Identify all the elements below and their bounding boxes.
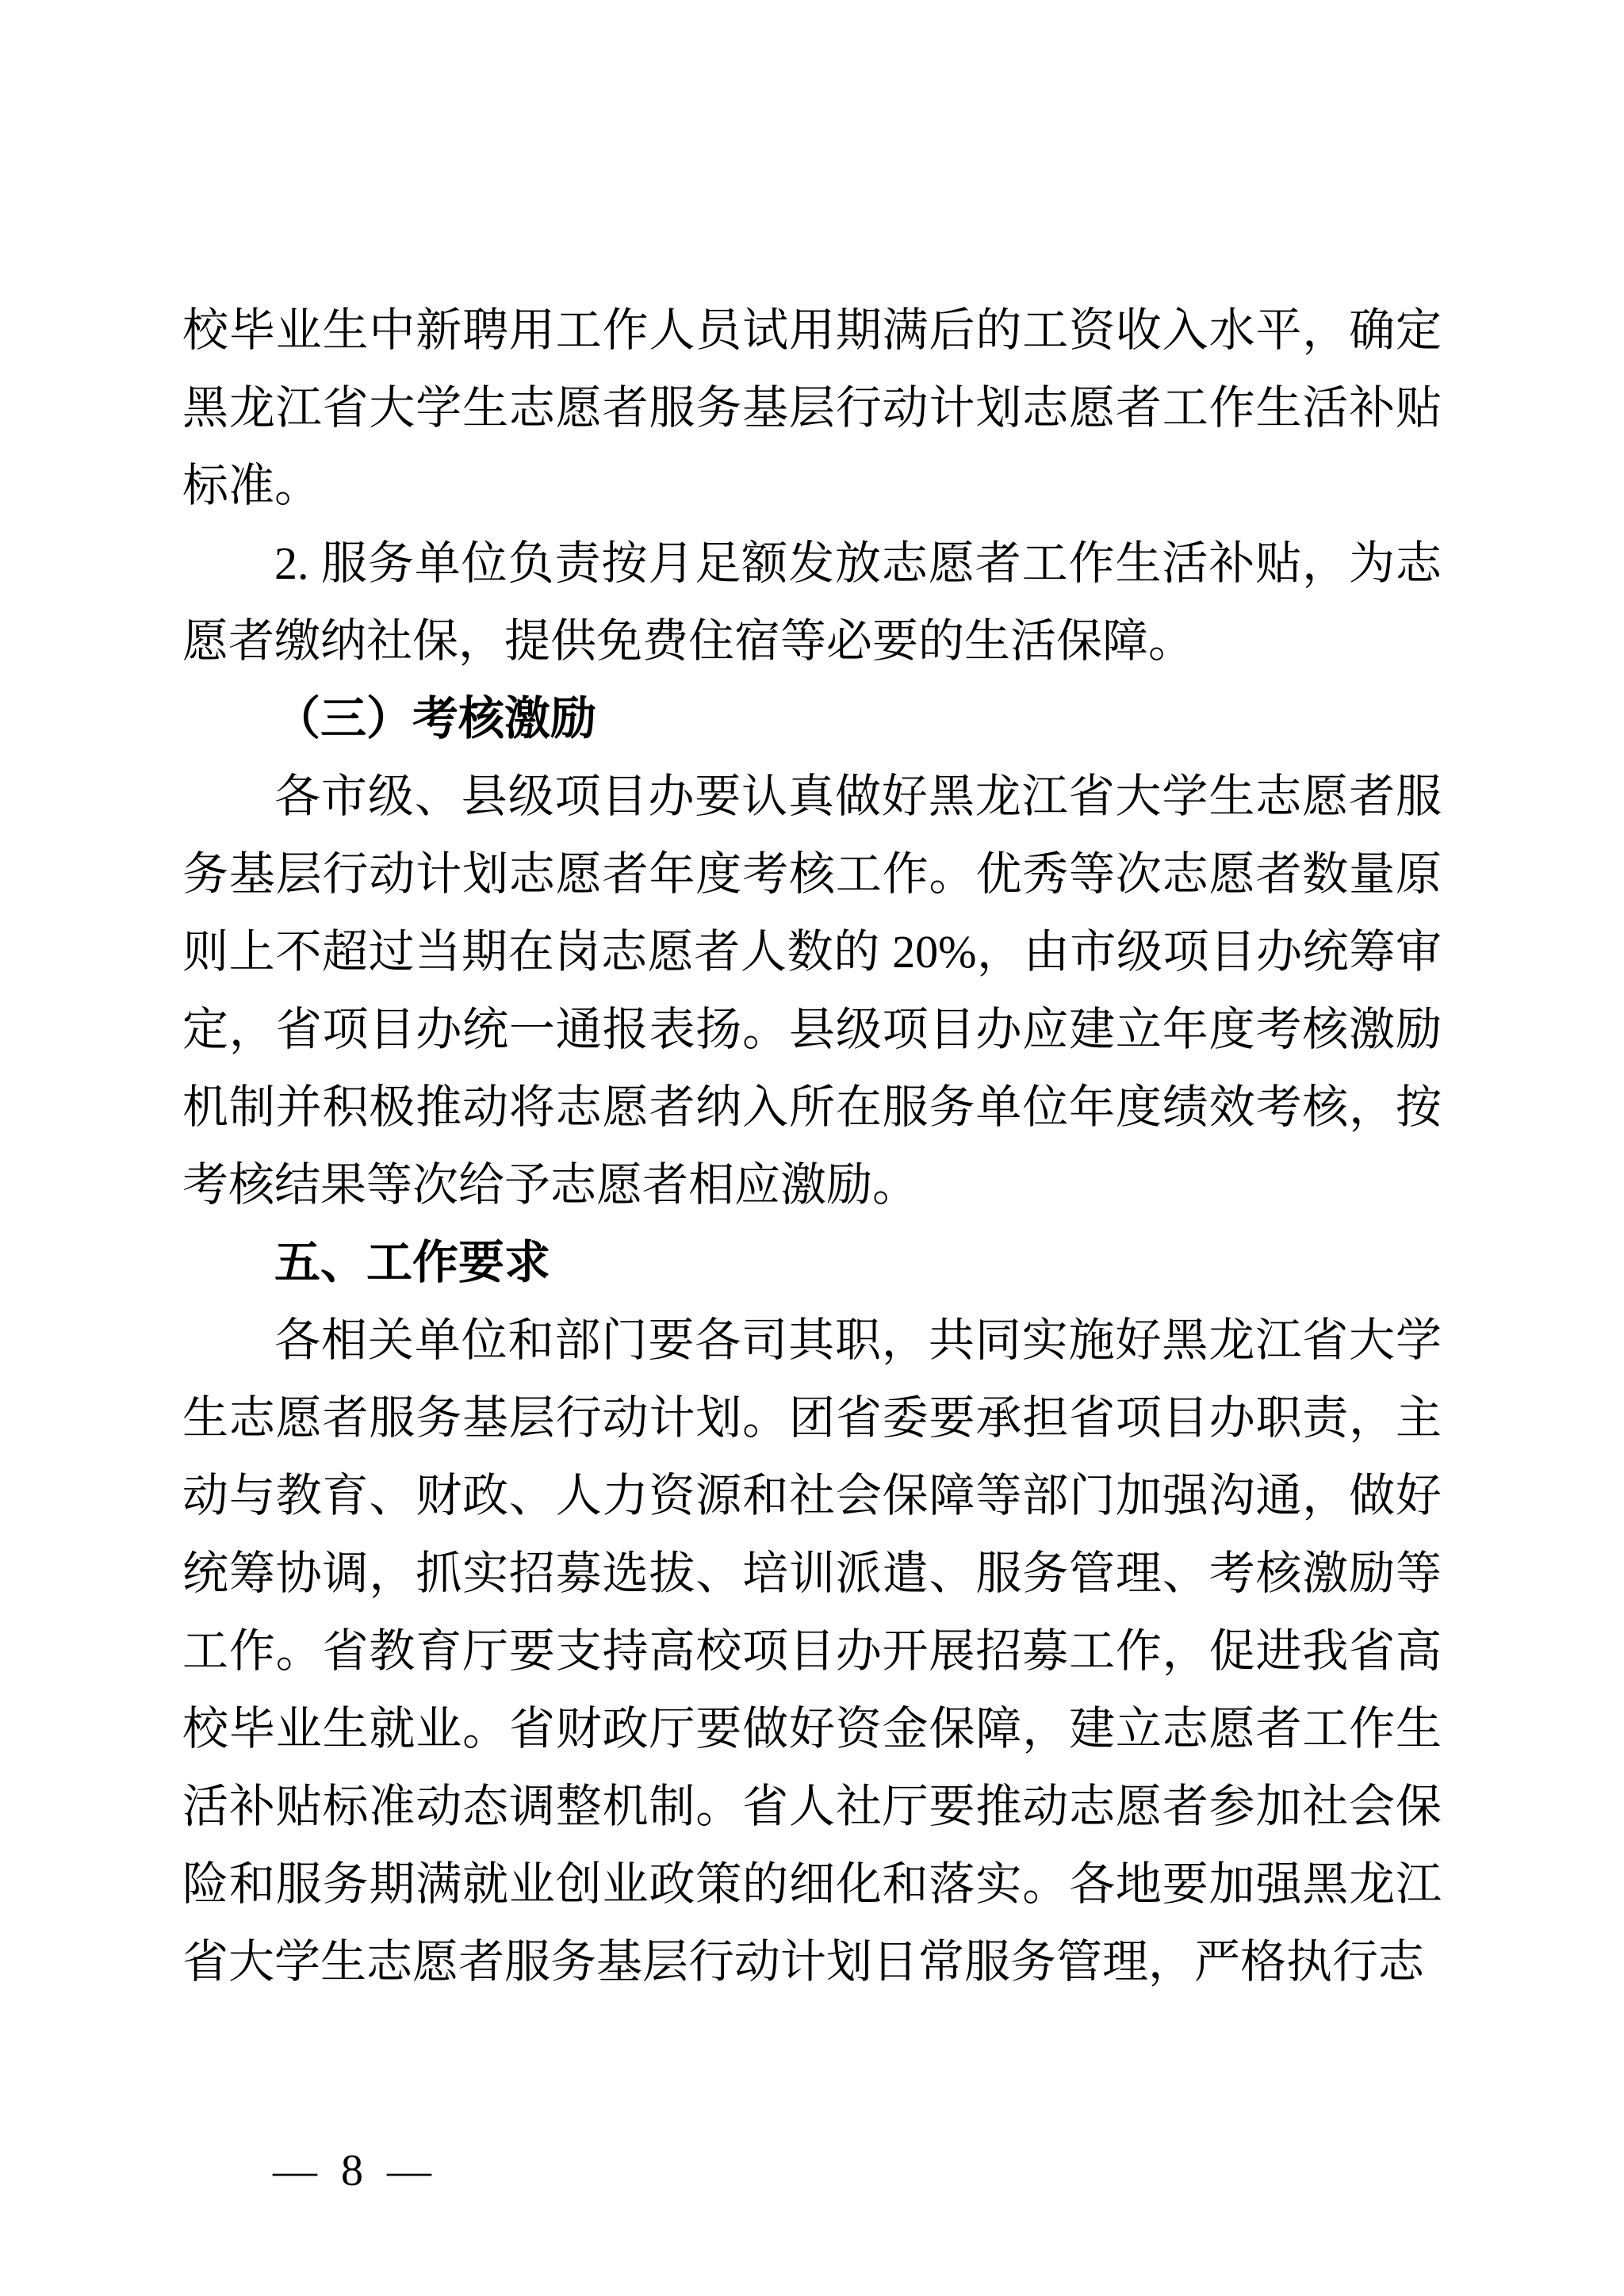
paragraph-annual-assessment: 各市级、县级项目办要认真做好黑龙江省大学生志愿者服务基层行动计划志愿者年度考核工… bbox=[182, 758, 1442, 1224]
subsection-heading-assessment-incentive: （三）考核激励 bbox=[182, 680, 1442, 758]
paragraph-wage-standard-continuation: 校毕业生中新聘用工作人员试用期满后的工资收入水平，确定黑龙江省大学生志愿者服务基… bbox=[182, 292, 1442, 525]
document-page: 校毕业生中新聘用工作人员试用期满后的工资收入水平，确定黑龙江省大学生志愿者服务基… bbox=[0, 0, 1624, 2296]
paragraph-item-2-subsidy: 2. 服务单位负责按月足额发放志愿者工作生活补贴，为志愿者缴纳社保，提供免费住宿… bbox=[182, 525, 1442, 680]
document-body: 校毕业生中新聘用工作人员试用期满后的工资收入水平，确定黑龙江省大学生志愿者服务基… bbox=[182, 292, 1442, 2001]
page-number-footer: — 8 — bbox=[273, 2141, 431, 2201]
section-heading-work-requirements: 五、工作要求 bbox=[182, 1224, 1442, 1302]
paragraph-work-requirements-body: 各相关单位和部门要各司其职，共同实施好黑龙江省大学生志愿者服务基层行动计划。团省… bbox=[182, 1302, 1442, 2001]
